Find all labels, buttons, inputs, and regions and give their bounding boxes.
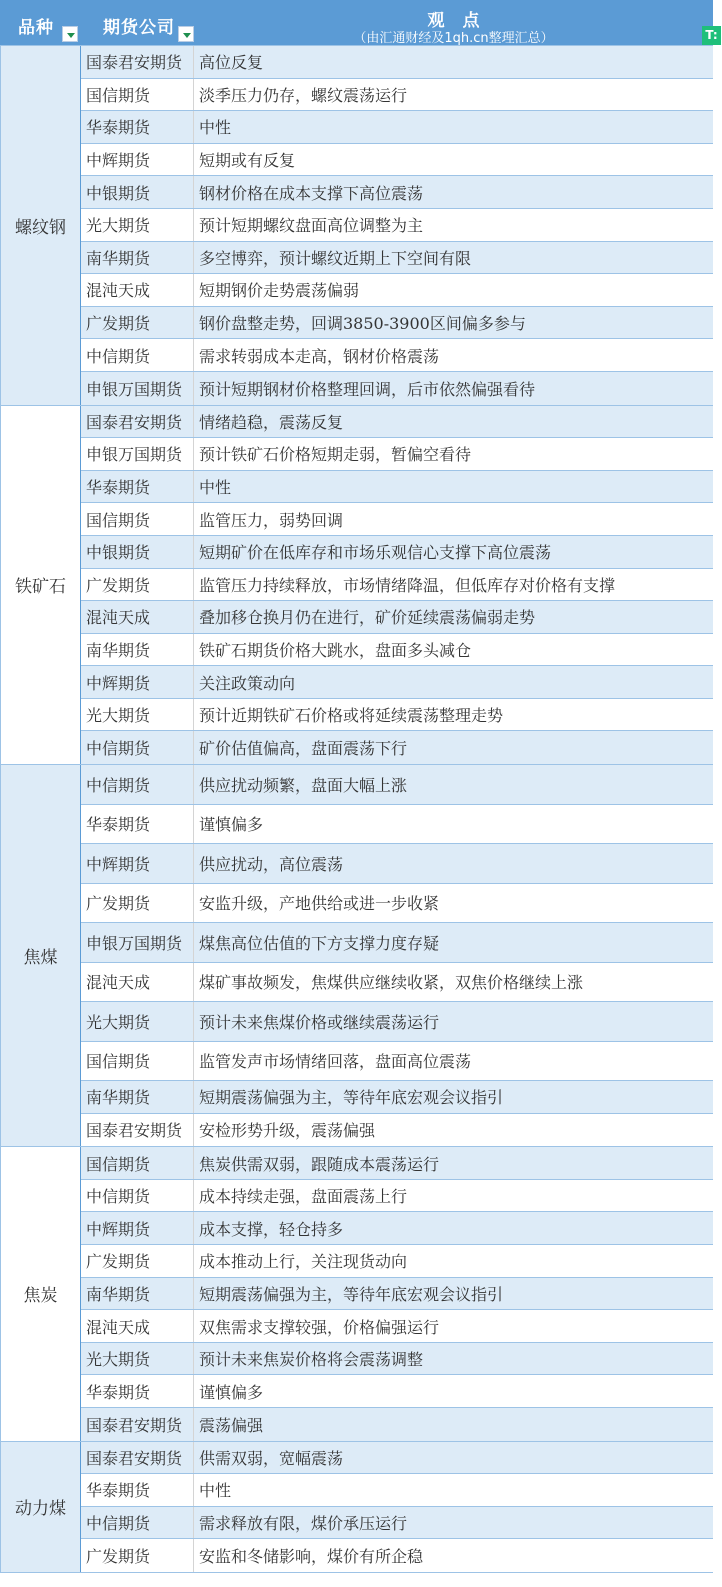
table-row: 中信期货成本持续走强，盘面震荡上行: [81, 1180, 713, 1213]
company-cell[interactable]: 中银期货: [81, 176, 194, 208]
view-cell[interactable]: 震荡偏强: [194, 1408, 713, 1441]
company-cell[interactable]: 光大期货: [81, 1343, 194, 1375]
company-cell[interactable]: 国信期货: [81, 1147, 194, 1179]
table-row: 混沌天成双焦需求支撑较强，价格偏强运行: [81, 1310, 713, 1343]
view-cell[interactable]: 多空博弈，预计螺纹近期上下空间有限: [194, 242, 713, 274]
table-row: 国信期货监管压力，弱势回调: [81, 503, 713, 536]
table-row: 光大期货预计短期螺纹盘面高位调整为主: [81, 209, 713, 242]
view-cell[interactable]: 煤焦高位估值的下方支撑力度存疑: [194, 923, 713, 962]
company-cell[interactable]: 国信期货: [81, 79, 194, 111]
company-cell[interactable]: 申银万国期货: [81, 923, 194, 962]
view-cell[interactable]: 预计未来焦煤价格或继续震荡运行: [194, 1002, 713, 1041]
view-cell[interactable]: 监管压力，弱势回调: [194, 503, 713, 535]
company-cell[interactable]: 中信期货: [81, 765, 194, 804]
view-cell[interactable]: 叠加移仓换月仍在进行，矿价延续震荡偏弱走势: [194, 601, 713, 633]
variety-group: 螺纹钢国泰君安期货高位反复国信期货淡季压力仍存，螺纹震荡运行华泰期货中性中辉期货…: [0, 46, 713, 406]
view-cell[interactable]: 谨慎偏多: [194, 1375, 713, 1407]
table-row: 华泰期货谨慎偏多: [81, 1375, 713, 1408]
view-cell[interactable]: 安监升级，产地供给或进一步收紧: [194, 884, 713, 923]
company-cell[interactable]: 南华期货: [81, 1081, 194, 1113]
company-cell[interactable]: 申银万国期货: [81, 438, 194, 470]
company-cell[interactable]: 中信期货: [81, 731, 194, 764]
view-cell[interactable]: 需求转弱成本走高，钢材价格震荡: [194, 339, 713, 371]
company-cell[interactable]: 申银万国期货: [81, 372, 194, 405]
header-view: 观点 （由汇通财经及1qh.cn整理汇总） T:: [194, 0, 713, 45]
table-row: 中辉期货成本支撑，轻仓持多: [81, 1212, 713, 1245]
table-row: 中信期货供应扰动频繁，盘面大幅上涨: [81, 765, 713, 805]
table-row: 华泰期货中性: [81, 111, 713, 144]
view-cell[interactable]: 谨慎偏多: [194, 805, 713, 844]
view-cell[interactable]: 预计未来焦炭价格将会震荡调整: [194, 1343, 713, 1375]
company-cell[interactable]: 中银期货: [81, 536, 194, 568]
company-cell[interactable]: 华泰期货: [81, 111, 194, 143]
table-row: 广发期货钢价盘整走势，回调3850-3900区间偏多参与: [81, 307, 713, 340]
company-cell[interactable]: 混沌天成: [81, 963, 194, 1002]
header-view-subtitle: （由汇通财经及1qh.cn整理汇总）: [194, 27, 713, 46]
table-row: 华泰期货谨慎偏多: [81, 805, 713, 845]
company-cell[interactable]: 华泰期货: [81, 1375, 194, 1407]
table-row: 南华期货短期震荡偏强为主，等待年底宏观会议指引: [81, 1278, 713, 1311]
view-cell[interactable]: 供应扰动，高位震荡: [194, 844, 713, 883]
view-cell[interactable]: 中性: [194, 111, 713, 143]
active-filter-icon[interactable]: T:: [702, 26, 721, 45]
table-row: 广发期货安监和冬储影响，煤价有所企稳: [81, 1539, 713, 1572]
company-cell[interactable]: 南华期货: [81, 634, 194, 666]
company-cell[interactable]: 南华期货: [81, 1278, 194, 1310]
view-cell[interactable]: 预计短期钢材价格整理回调，后市依然偏强看待: [194, 372, 713, 405]
table-row: 中银期货钢材价格在成本支撑下高位震荡: [81, 176, 713, 209]
table-row: 广发期货安监升级，产地供给或进一步收紧: [81, 884, 713, 924]
table-row: 国泰君安期货震荡偏强: [81, 1408, 713, 1441]
table-row: 中银期货短期矿价在低库存和市场乐观信心支撑下高位震荡: [81, 536, 713, 569]
company-cell[interactable]: 国泰君安期货: [81, 406, 194, 438]
view-cell[interactable]: 煤矿事故频发，焦煤供应继续收紧，双焦价格继续上涨: [194, 963, 713, 1002]
view-cell[interactable]: 铁矿石期货价格大跳水，盘面多头减仓: [194, 634, 713, 666]
company-cell[interactable]: 广发期货: [81, 1245, 194, 1277]
table-row: 国泰君安期货情绪趋稳，震荡反复: [81, 406, 713, 439]
view-cell[interactable]: 短期矿价在低库存和市场乐观信心支撑下高位震荡: [194, 536, 713, 568]
view-cell[interactable]: 预计近期铁矿石价格或将延续震荡整理走势: [194, 699, 713, 731]
view-cell[interactable]: 安检形势升级，震荡偏强: [194, 1114, 713, 1147]
table-row: 广发期货监管压力持续释放，市场情绪降温，但低库存对价格有支撑: [81, 569, 713, 602]
header-variety: 品种: [0, 0, 81, 45]
company-cell[interactable]: 国泰君安期货: [81, 1442, 194, 1474]
table-row: 中信期货需求释放有限，煤价承压运行: [81, 1507, 713, 1540]
table-row: 混沌天成短期钢价走势震荡偏弱: [81, 274, 713, 307]
company-cell[interactable]: 光大期货: [81, 209, 194, 241]
header-company-label: 期货公司: [103, 13, 175, 38]
table-header: 品种 期货公司 观点 （由汇通财经及1qh.cn整理汇总） T:: [0, 0, 713, 46]
table-row: 南华期货多空博弈，预计螺纹近期上下空间有限: [81, 242, 713, 275]
company-cell[interactable]: 中信期货: [81, 1507, 194, 1539]
view-cell[interactable]: 钢材价格在成本支撑下高位震荡: [194, 176, 713, 208]
table-row: 广发期货成本推动上行，关注现货动向: [81, 1245, 713, 1278]
table-row: 混沌天成叠加移仓换月仍在进行，矿价延续震荡偏弱走势: [81, 601, 713, 634]
table-row: 国信期货监管发声市场情绪回落，盘面高位震荡: [81, 1042, 713, 1082]
table-body: 螺纹钢国泰君安期货高位反复国信期货淡季压力仍存，螺纹震荡运行华泰期货中性中辉期货…: [0, 46, 713, 1573]
variety-group: 动力煤国泰君安期货供需双弱，宽幅震荡华泰期货中性中信期货需求释放有限，煤价承压运…: [0, 1442, 713, 1573]
header-variety-label: 品种: [18, 13, 54, 38]
company-cell[interactable]: 国泰君安期货: [81, 1408, 194, 1441]
view-cell[interactable]: 成本持续走强，盘面震荡上行: [194, 1180, 713, 1212]
view-cell[interactable]: 双焦需求支撑较强，价格偏强运行: [194, 1310, 713, 1342]
variety-cell[interactable]: 动力煤: [0, 1442, 81, 1572]
view-cell[interactable]: 成本推动上行，关注现货动向: [194, 1245, 713, 1277]
view-cell[interactable]: 情绪趋稳，震荡反复: [194, 406, 713, 438]
company-cell[interactable]: 华泰期货: [81, 1474, 194, 1506]
table-row: 申银万国期货预计铁矿石价格短期走弱，暂偏空看待: [81, 438, 713, 471]
company-cell[interactable]: 中辉期货: [81, 666, 194, 698]
table-row: 中辉期货短期或有反复: [81, 144, 713, 177]
view-cell[interactable]: 矿价估值偏高，盘面震荡下行: [194, 731, 713, 764]
view-cell[interactable]: 焦炭供需双弱，跟随成本震荡运行: [194, 1147, 713, 1179]
table-row: 国信期货淡季压力仍存，螺纹震荡运行: [81, 79, 713, 112]
company-cell[interactable]: 混沌天成: [81, 601, 194, 633]
company-cell[interactable]: 华泰期货: [81, 471, 194, 503]
company-cell[interactable]: 中辉期货: [81, 144, 194, 176]
variety-filter-dropdown-icon[interactable]: [62, 26, 78, 42]
table-row: 华泰期货中性: [81, 1474, 713, 1507]
table-row: 光大期货预计未来焦炭价格将会震荡调整: [81, 1343, 713, 1376]
table-row: 国信期货焦炭供需双弱，跟随成本震荡运行: [81, 1147, 713, 1180]
table-row: 混沌天成煤矿事故频发，焦煤供应继续收紧，双焦价格继续上涨: [81, 963, 713, 1003]
variety-group: 焦煤中信期货供应扰动频繁，盘面大幅上涨华泰期货谨慎偏多中辉期货供应扰动，高位震荡…: [0, 765, 713, 1147]
view-cell[interactable]: 监管发声市场情绪回落，盘面高位震荡: [194, 1042, 713, 1081]
variety-cell[interactable]: 铁矿石: [0, 406, 81, 765]
view-cell[interactable]: 成本支撑，轻仓持多: [194, 1212, 713, 1244]
table-row: 华泰期货中性: [81, 471, 713, 504]
variety-cell[interactable]: 螺纹钢: [0, 46, 81, 405]
view-cell[interactable]: 预计铁矿石价格短期走弱，暂偏空看待: [194, 438, 713, 470]
view-cell[interactable]: 钢价盘整走势，回调3850-3900区间偏多参与: [194, 307, 713, 339]
variety-cell[interactable]: 焦炭: [0, 1147, 81, 1440]
table-row: 国泰君安期货安检形势升级，震荡偏强: [81, 1114, 713, 1147]
company-cell[interactable]: 中信期货: [81, 1180, 194, 1212]
company-cell[interactable]: 光大期货: [81, 699, 194, 731]
view-cell[interactable]: 高位反复: [194, 46, 713, 78]
view-cell[interactable]: 供应扰动频繁，盘面大幅上涨: [194, 765, 713, 804]
table-row: 光大期货预计未来焦煤价格或继续震荡运行: [81, 1002, 713, 1042]
company-cell[interactable]: 国泰君安期货: [81, 1114, 194, 1147]
company-cell[interactable]: 中信期货: [81, 339, 194, 371]
table-row: 申银万国期货煤焦高位估值的下方支撑力度存疑: [81, 923, 713, 963]
company-cell[interactable]: 南华期货: [81, 242, 194, 274]
table-row: 中信期货需求转弱成本走高，钢材价格震荡: [81, 339, 713, 372]
futures-views-sheet: 品种 期货公司 观点 （由汇通财经及1qh.cn整理汇总） T: 螺纹钢国泰君安…: [0, 0, 713, 1573]
table-row: 国泰君安期货高位反复: [81, 46, 713, 79]
view-cell[interactable]: 中性: [194, 471, 713, 503]
company-cell[interactable]: 光大期货: [81, 1002, 194, 1041]
company-cell[interactable]: 国信期货: [81, 503, 194, 535]
view-cell[interactable]: 短期或有反复: [194, 144, 713, 176]
company-cell[interactable]: 广发期货: [81, 1539, 194, 1572]
company-cell[interactable]: 广发期货: [81, 884, 194, 923]
view-cell[interactable]: 监管压力持续释放，市场情绪降温，但低库存对价格有支撑: [194, 569, 713, 601]
company-cell[interactable]: 国信期货: [81, 1042, 194, 1081]
view-cell[interactable]: 关注政策动向: [194, 666, 713, 698]
view-cell[interactable]: 预计短期螺纹盘面高位调整为主: [194, 209, 713, 241]
view-cell[interactable]: 供需双弱，宽幅震荡: [194, 1442, 713, 1474]
view-cell[interactable]: 淡季压力仍存，螺纹震荡运行: [194, 79, 713, 111]
view-cell[interactable]: 短期震荡偏强为主，等待年底宏观会议指引: [194, 1081, 713, 1113]
company-cell[interactable]: 国泰君安期货: [81, 46, 194, 78]
table-row: 中辉期货关注政策动向: [81, 666, 713, 699]
header-company: 期货公司: [81, 0, 194, 45]
company-filter-dropdown-icon[interactable]: [178, 26, 194, 42]
variety-group: 焦炭国信期货焦炭供需双弱，跟随成本震荡运行中信期货成本持续走强，盘面震荡上行中辉…: [0, 1147, 713, 1441]
company-cell[interactable]: 中辉期货: [81, 844, 194, 883]
company-cell[interactable]: 混沌天成: [81, 274, 194, 306]
company-cell[interactable]: 中辉期货: [81, 1212, 194, 1244]
company-cell[interactable]: 华泰期货: [81, 805, 194, 844]
table-row: 中辉期货供应扰动，高位震荡: [81, 844, 713, 884]
variety-cell[interactable]: 焦煤: [0, 765, 81, 1146]
company-cell[interactable]: 混沌天成: [81, 1310, 194, 1342]
view-cell[interactable]: 短期钢价走势震荡偏弱: [194, 274, 713, 306]
table-row: 南华期货铁矿石期货价格大跳水，盘面多头减仓: [81, 634, 713, 667]
view-cell[interactable]: 安监和冬储影响，煤价有所企稳: [194, 1539, 713, 1572]
table-row: 南华期货短期震荡偏强为主，等待年底宏观会议指引: [81, 1081, 713, 1114]
table-row: 申银万国期货预计短期钢材价格整理回调，后市依然偏强看待: [81, 372, 713, 405]
table-row: 国泰君安期货供需双弱，宽幅震荡: [81, 1442, 713, 1475]
table-row: 中信期货矿价估值偏高，盘面震荡下行: [81, 731, 713, 764]
view-cell[interactable]: 短期震荡偏强为主，等待年底宏观会议指引: [194, 1278, 713, 1310]
company-cell[interactable]: 广发期货: [81, 569, 194, 601]
view-cell[interactable]: 中性: [194, 1474, 713, 1506]
company-cell[interactable]: 广发期货: [81, 307, 194, 339]
variety-group: 铁矿石国泰君安期货情绪趋稳，震荡反复申银万国期货预计铁矿石价格短期走弱，暂偏空看…: [0, 406, 713, 766]
table-row: 光大期货预计近期铁矿石价格或将延续震荡整理走势: [81, 699, 713, 732]
view-cell[interactable]: 需求释放有限，煤价承压运行: [194, 1507, 713, 1539]
